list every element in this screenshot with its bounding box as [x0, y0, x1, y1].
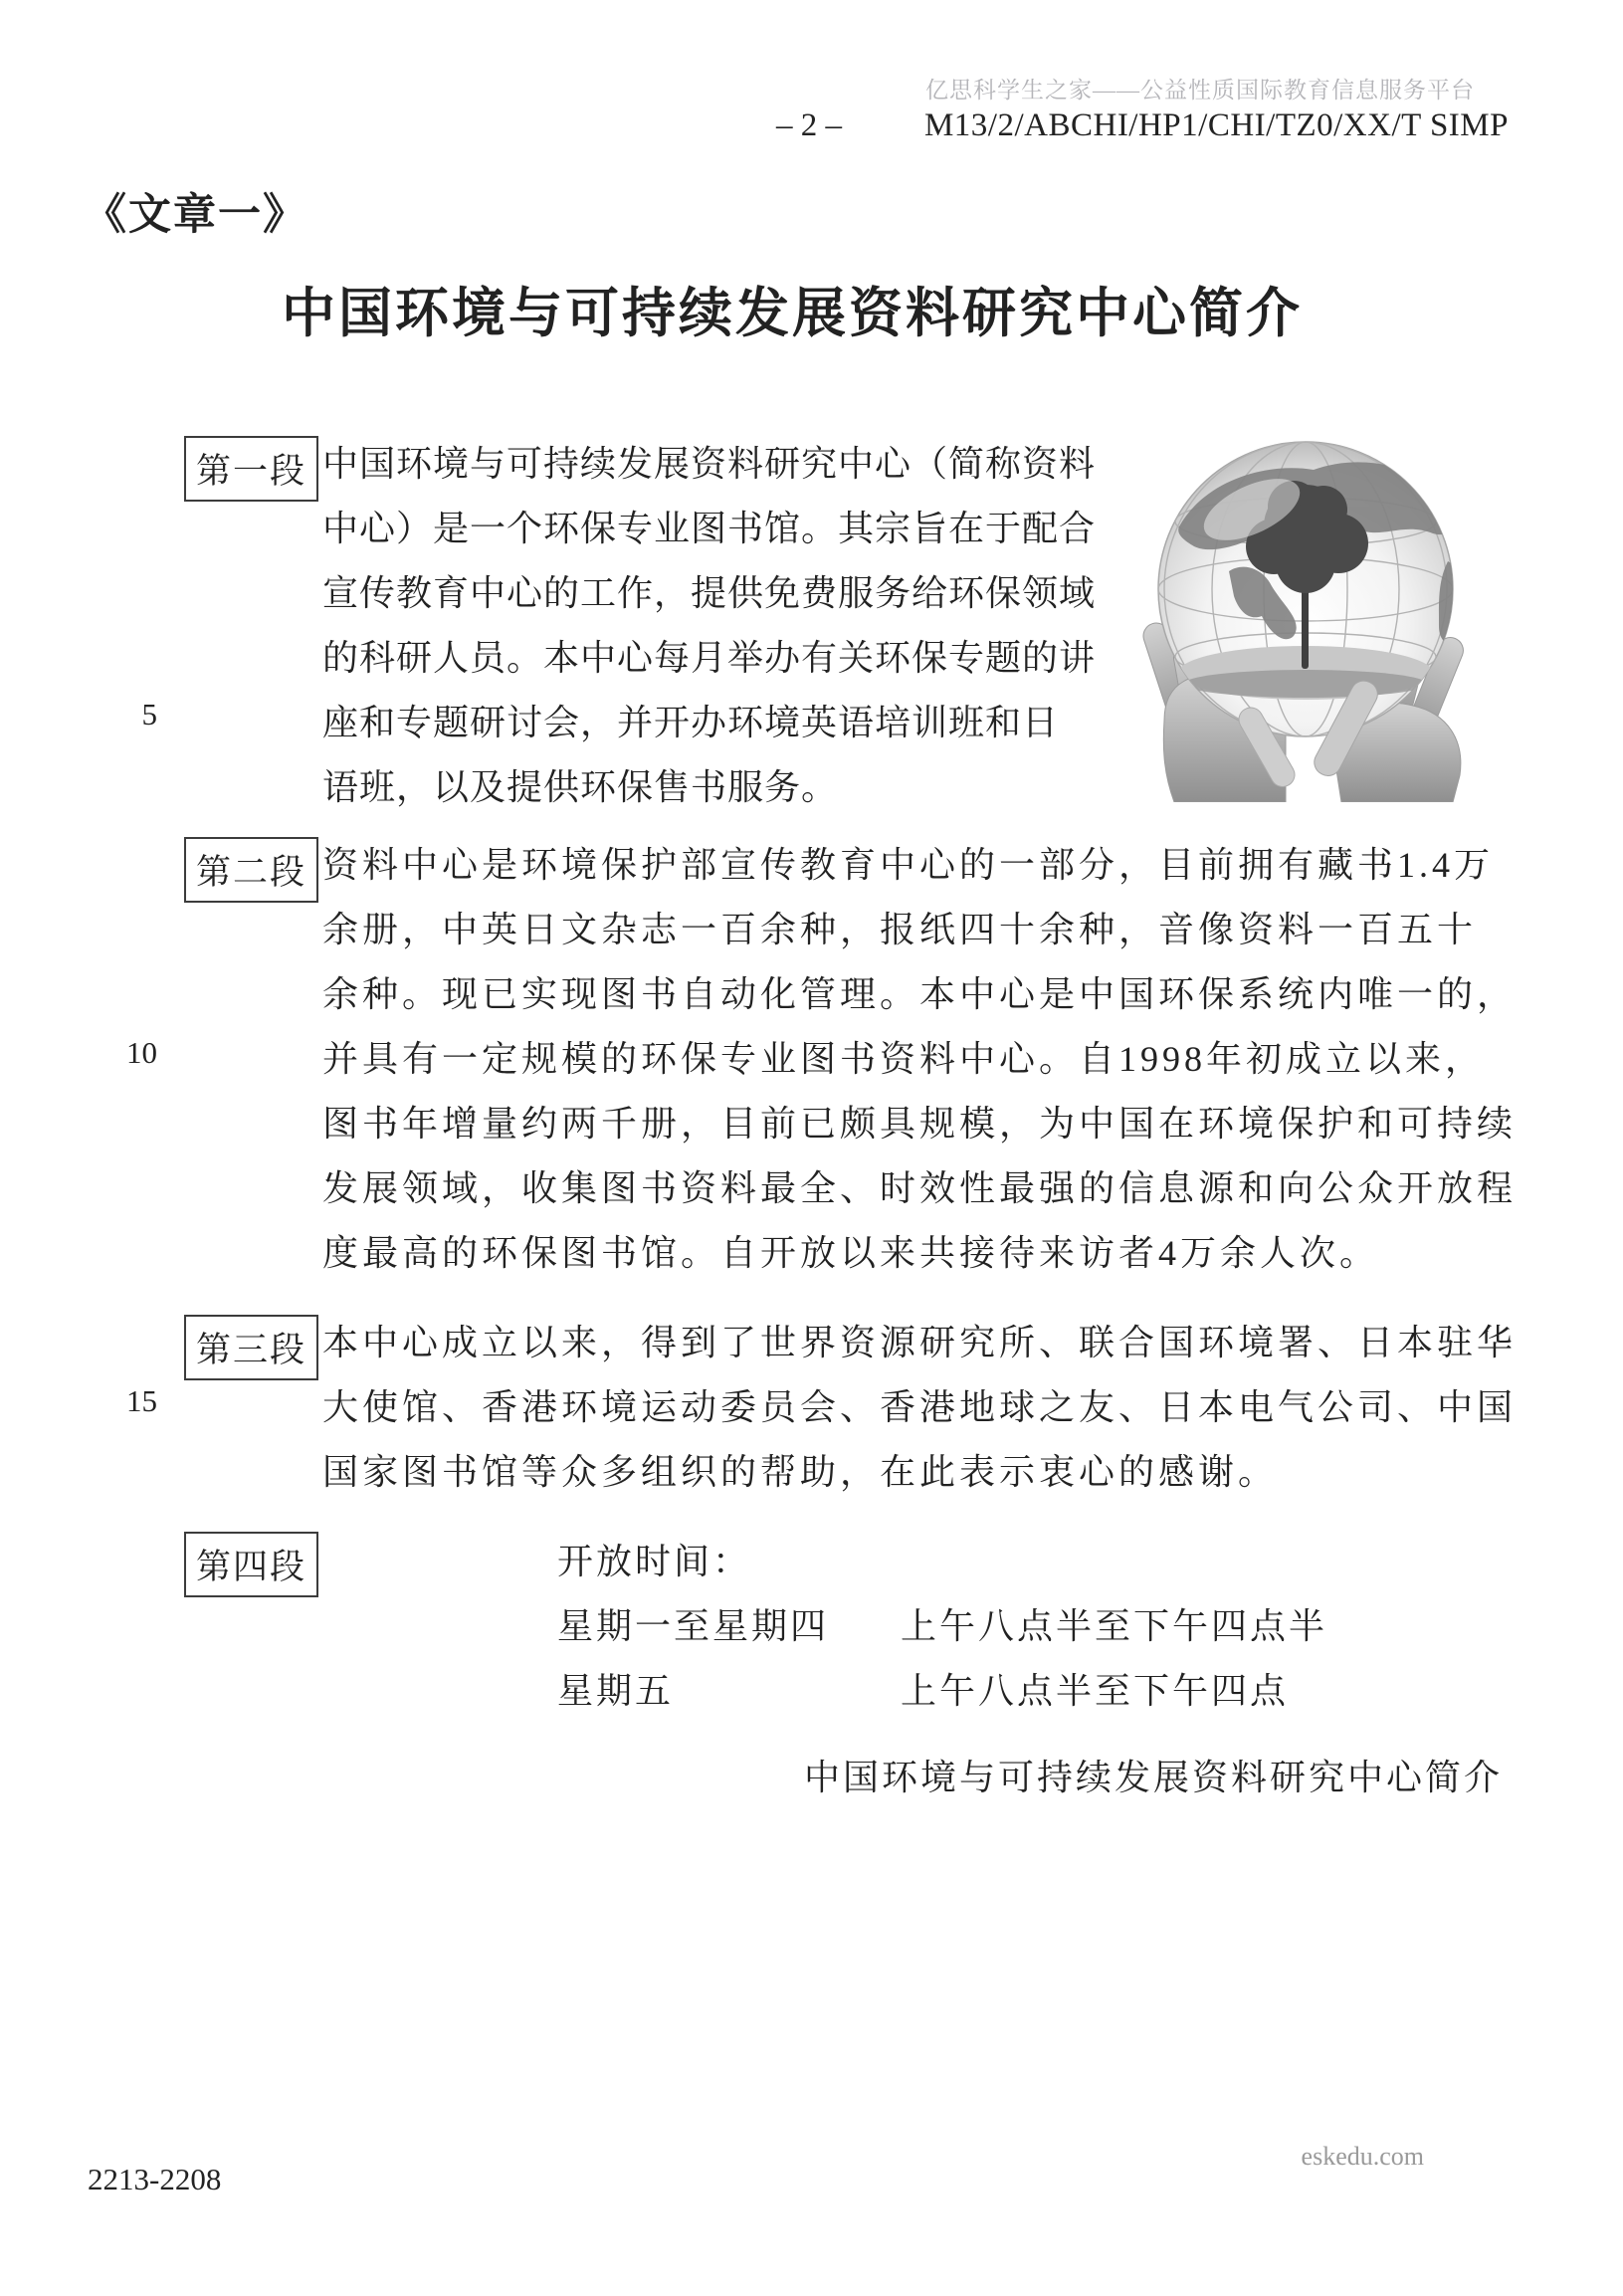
paragraph-2-line: 并具有一定规模的环保专业图书资料中心。自1998年初成立以来，	[322, 1041, 1485, 1077]
paragraph-3-line: 国家图书馆等众多组织的帮助，在此表示衷心的感谢。	[322, 1454, 1278, 1490]
margin-line-number-15: 15	[109, 1383, 157, 1419]
paragraph-2-label: 第二段	[184, 837, 318, 903]
footer-document-code: 2213-2208	[88, 2162, 221, 2197]
paragraph-2-line: 余种。现已实现图书自动化管理。本中心是中国环保系统内唯一的，	[322, 976, 1517, 1012]
exam-code: M13/2/ABCHI/HP1/CHI/TZ0/XX/T SIMP	[924, 107, 1509, 144]
article-label: 《文章一》	[84, 181, 307, 242]
paragraph-1-line: 座和专题研讨会，并开办环境英语培训班和日	[322, 705, 1059, 740]
watermark-text: 亿思科学生之家——公益性质国际教育信息服务平台	[925, 72, 1475, 104]
opening-hours-time: 上午八点半至下午四点	[901, 1673, 1289, 1709]
opening-hours-time: 上午八点半至下午四点半	[901, 1608, 1327, 1644]
paragraph-2-line: 发展领域，收集图书资料最全、时效性最强的信息源和向公众开放程	[322, 1170, 1517, 1206]
paragraph-3-label: 第三段	[184, 1315, 318, 1380]
paragraph-1-line: 的科研人员。本中心每月举办有关环保专题的讲	[322, 640, 1096, 676]
paragraph-2-line: 余册，中英日文杂志一百余种，报纸四十余种，音像资料一百五十	[322, 912, 1477, 947]
paragraph-1-line: 语班，以及提供环保售书服务。	[322, 769, 838, 805]
opening-hours-days: 星期一至星期四	[557, 1608, 829, 1644]
closing-signature: 中国环境与可持续发展资料研究中心简介	[804, 1750, 1503, 1800]
opening-hours-heading: 开放时间：	[557, 1544, 751, 1579]
paragraph-1-label: 第一段	[184, 436, 318, 502]
page-number: – 2 –	[776, 107, 842, 144]
page-title: 中国环境与可持续发展资料研究中心简介	[282, 271, 1303, 347]
paragraph-2-line: 资料中心是环境保护部宣传教育中心的一部分，目前拥有藏书1.4万	[322, 847, 1494, 883]
paragraph-3-line: 本中心成立以来，得到了世界资源研究所、联合国环境署、日本驻华	[322, 1325, 1517, 1360]
paragraph-3-line: 大使馆、香港环境运动委员会、香港地球之友、日本电气公司、中国	[322, 1389, 1517, 1425]
footer-site-url: eskedu.com	[1302, 2142, 1424, 2172]
paragraph-2-line: 图书年增量约两千册，目前已颇具规模，为中国在环境保护和可持续	[322, 1106, 1517, 1142]
margin-line-number-5: 5	[109, 697, 157, 732]
paragraph-1-line: 宣传教育中心的工作，提供免费服务给环保领域	[322, 575, 1096, 611]
paragraph-1-line: 中心）是一个环保专业图书馆。其宗旨在于配合	[322, 511, 1096, 546]
paragraph-4-label: 第四段	[184, 1532, 318, 1597]
paragraph-2-line: 度最高的环保图书馆。自开放以来共接待来访者4万余人次。	[322, 1235, 1379, 1271]
paragraph-1-line: 中国环境与可持续发展资料研究中心（简称资料	[322, 446, 1096, 482]
exam-page: 亿思科学生之家——公益性质国际教育信息服务平台 – 2 – M13/2/ABCH…	[0, 0, 1623, 2296]
hands-holding-globe-illustration	[1134, 422, 1483, 802]
margin-line-number-10: 10	[109, 1035, 157, 1071]
hands-holding-globe-image	[1134, 422, 1483, 802]
opening-hours-days: 星期五	[557, 1673, 674, 1709]
